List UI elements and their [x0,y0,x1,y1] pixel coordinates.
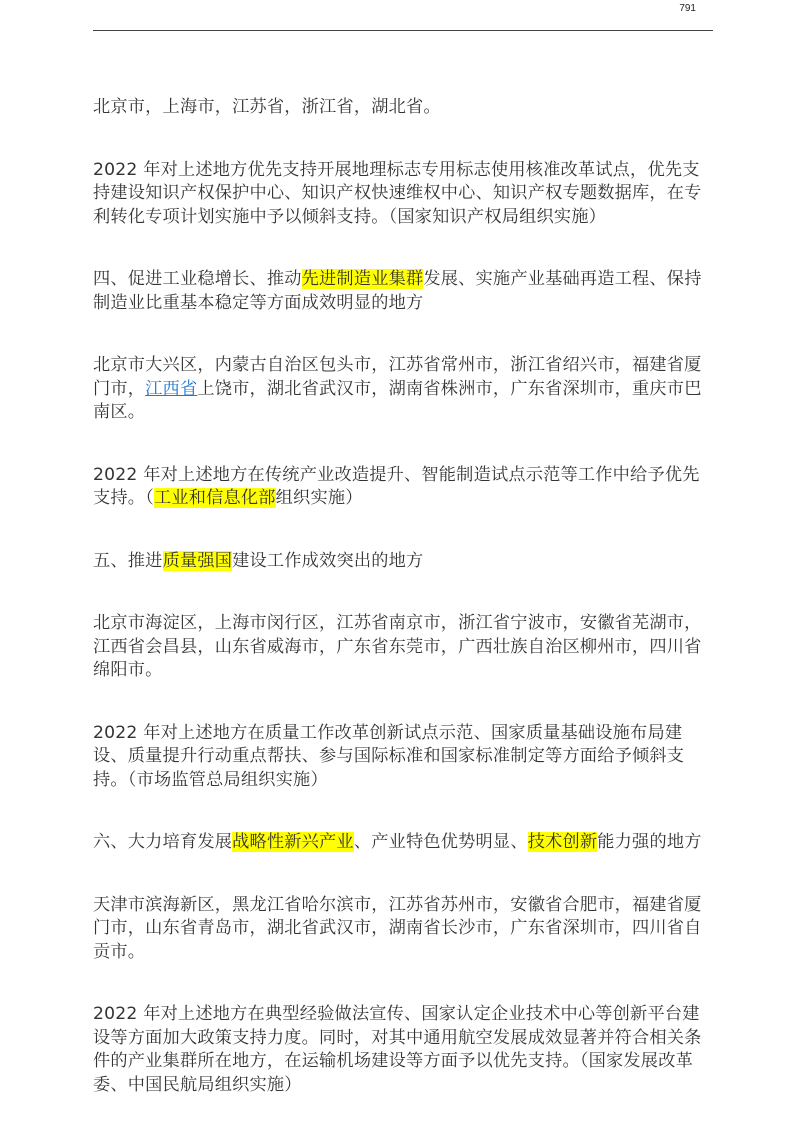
jiangxi-link[interactable]: 江西省 [145,379,197,399]
paragraph-support-innovation: 2022 年对上述地方在典型经验做法宣传、国家认定企业技术中心等创新平台建设等方… [93,1003,713,1097]
text-segment: 2022 年对上述地方优先支持开展地理标志专用标志使用核准改革试点，优先支持建设… [93,160,702,227]
header-rule [93,30,713,31]
section-heading-4: 四、促进工业稳增长、推动先进制造业集群发展、实施产业基础再造工程、保持制造业比重… [93,268,713,315]
paragraph-support-ip: 2022 年对上述地方优先支持开展地理标志专用标志使用核准改革试点，优先支持建设… [93,159,713,230]
text-segment: 天津市滨海新区，黑龙江省哈尔滨市，江苏省苏州市，安徽省合肥市，福建省厦门市，山东… [93,895,702,962]
page-number: 791 [679,3,696,14]
section-heading-6: 六、大力培育发展战略性新兴产业、产业特色优势明显、技术创新能力强的地方 [93,831,713,855]
text-segment: 五、推进 [93,551,163,571]
highlighted-term: 战略性新兴产业 [232,832,354,852]
paragraph-support-quality: 2022 年对上述地方在质量工作改革创新试点示范、国家质量基础设施布局建设、质量… [93,722,713,793]
highlighted-term: 技术创新 [528,832,598,852]
text-segment: 2022 年对上述地方在质量工作改革创新试点示范、国家质量基础设施布局建设、质量… [93,723,684,790]
paragraph-regions-list: 北京市大兴区，内蒙古自治区包头市，江苏省常州市，浙江省绍兴市，福建省厦门市，江西… [93,354,713,425]
text-segment: 北京市海淀区，上海市闵行区，江苏省南京市，浙江省宁波市，安徽省芜湖市，江西省会昌… [93,613,702,680]
section-heading-5: 五、推进质量强国建设工作成效突出的地方 [93,550,713,574]
paragraph-support-industry: 2022 年对上述地方在传统产业改造提升、智能制造试点示范等工作中给予优先支持。… [93,464,713,511]
highlighted-term: 质量强国 [163,551,233,571]
highlighted-term: 先进制造业集群 [302,269,424,289]
highlighted-term: 工业和信息化部 [154,488,276,508]
text-segment: 北京市，上海市，江苏省，浙江省，湖北省。 [93,97,441,117]
paragraph-regions-list: 天津市滨海新区，黑龙江省哈尔滨市，江苏省苏州市，安徽省合肥市，福建省厦门市，山东… [93,894,713,965]
text-segment: 四、促进工业稳增长、推动 [93,269,302,289]
text-segment: 能力强的地方 [597,832,701,852]
text-segment: 、产业特色优势明显、 [354,832,528,852]
text-segment: 建设工作成效突出的地方 [232,551,423,571]
paragraph-regions-list: 北京市海淀区，上海市闵行区，江苏省南京市，浙江省宁波市，安徽省芜湖市，江西省会昌… [93,612,713,683]
document-body: 北京市，上海市，江苏省，浙江省，湖北省。 2022 年对上述地方优先支持开展地理… [93,96,713,1097]
text-segment: 组织实施） [276,488,363,508]
paragraph-regions-list: 北京市，上海市，江苏省，浙江省，湖北省。 [93,96,713,120]
text-segment: 六、大力培育发展 [93,832,232,852]
text-segment: 2022 年对上述地方在典型经验做法宣传、国家认定企业技术中心等创新平台建设等方… [93,1004,702,1095]
